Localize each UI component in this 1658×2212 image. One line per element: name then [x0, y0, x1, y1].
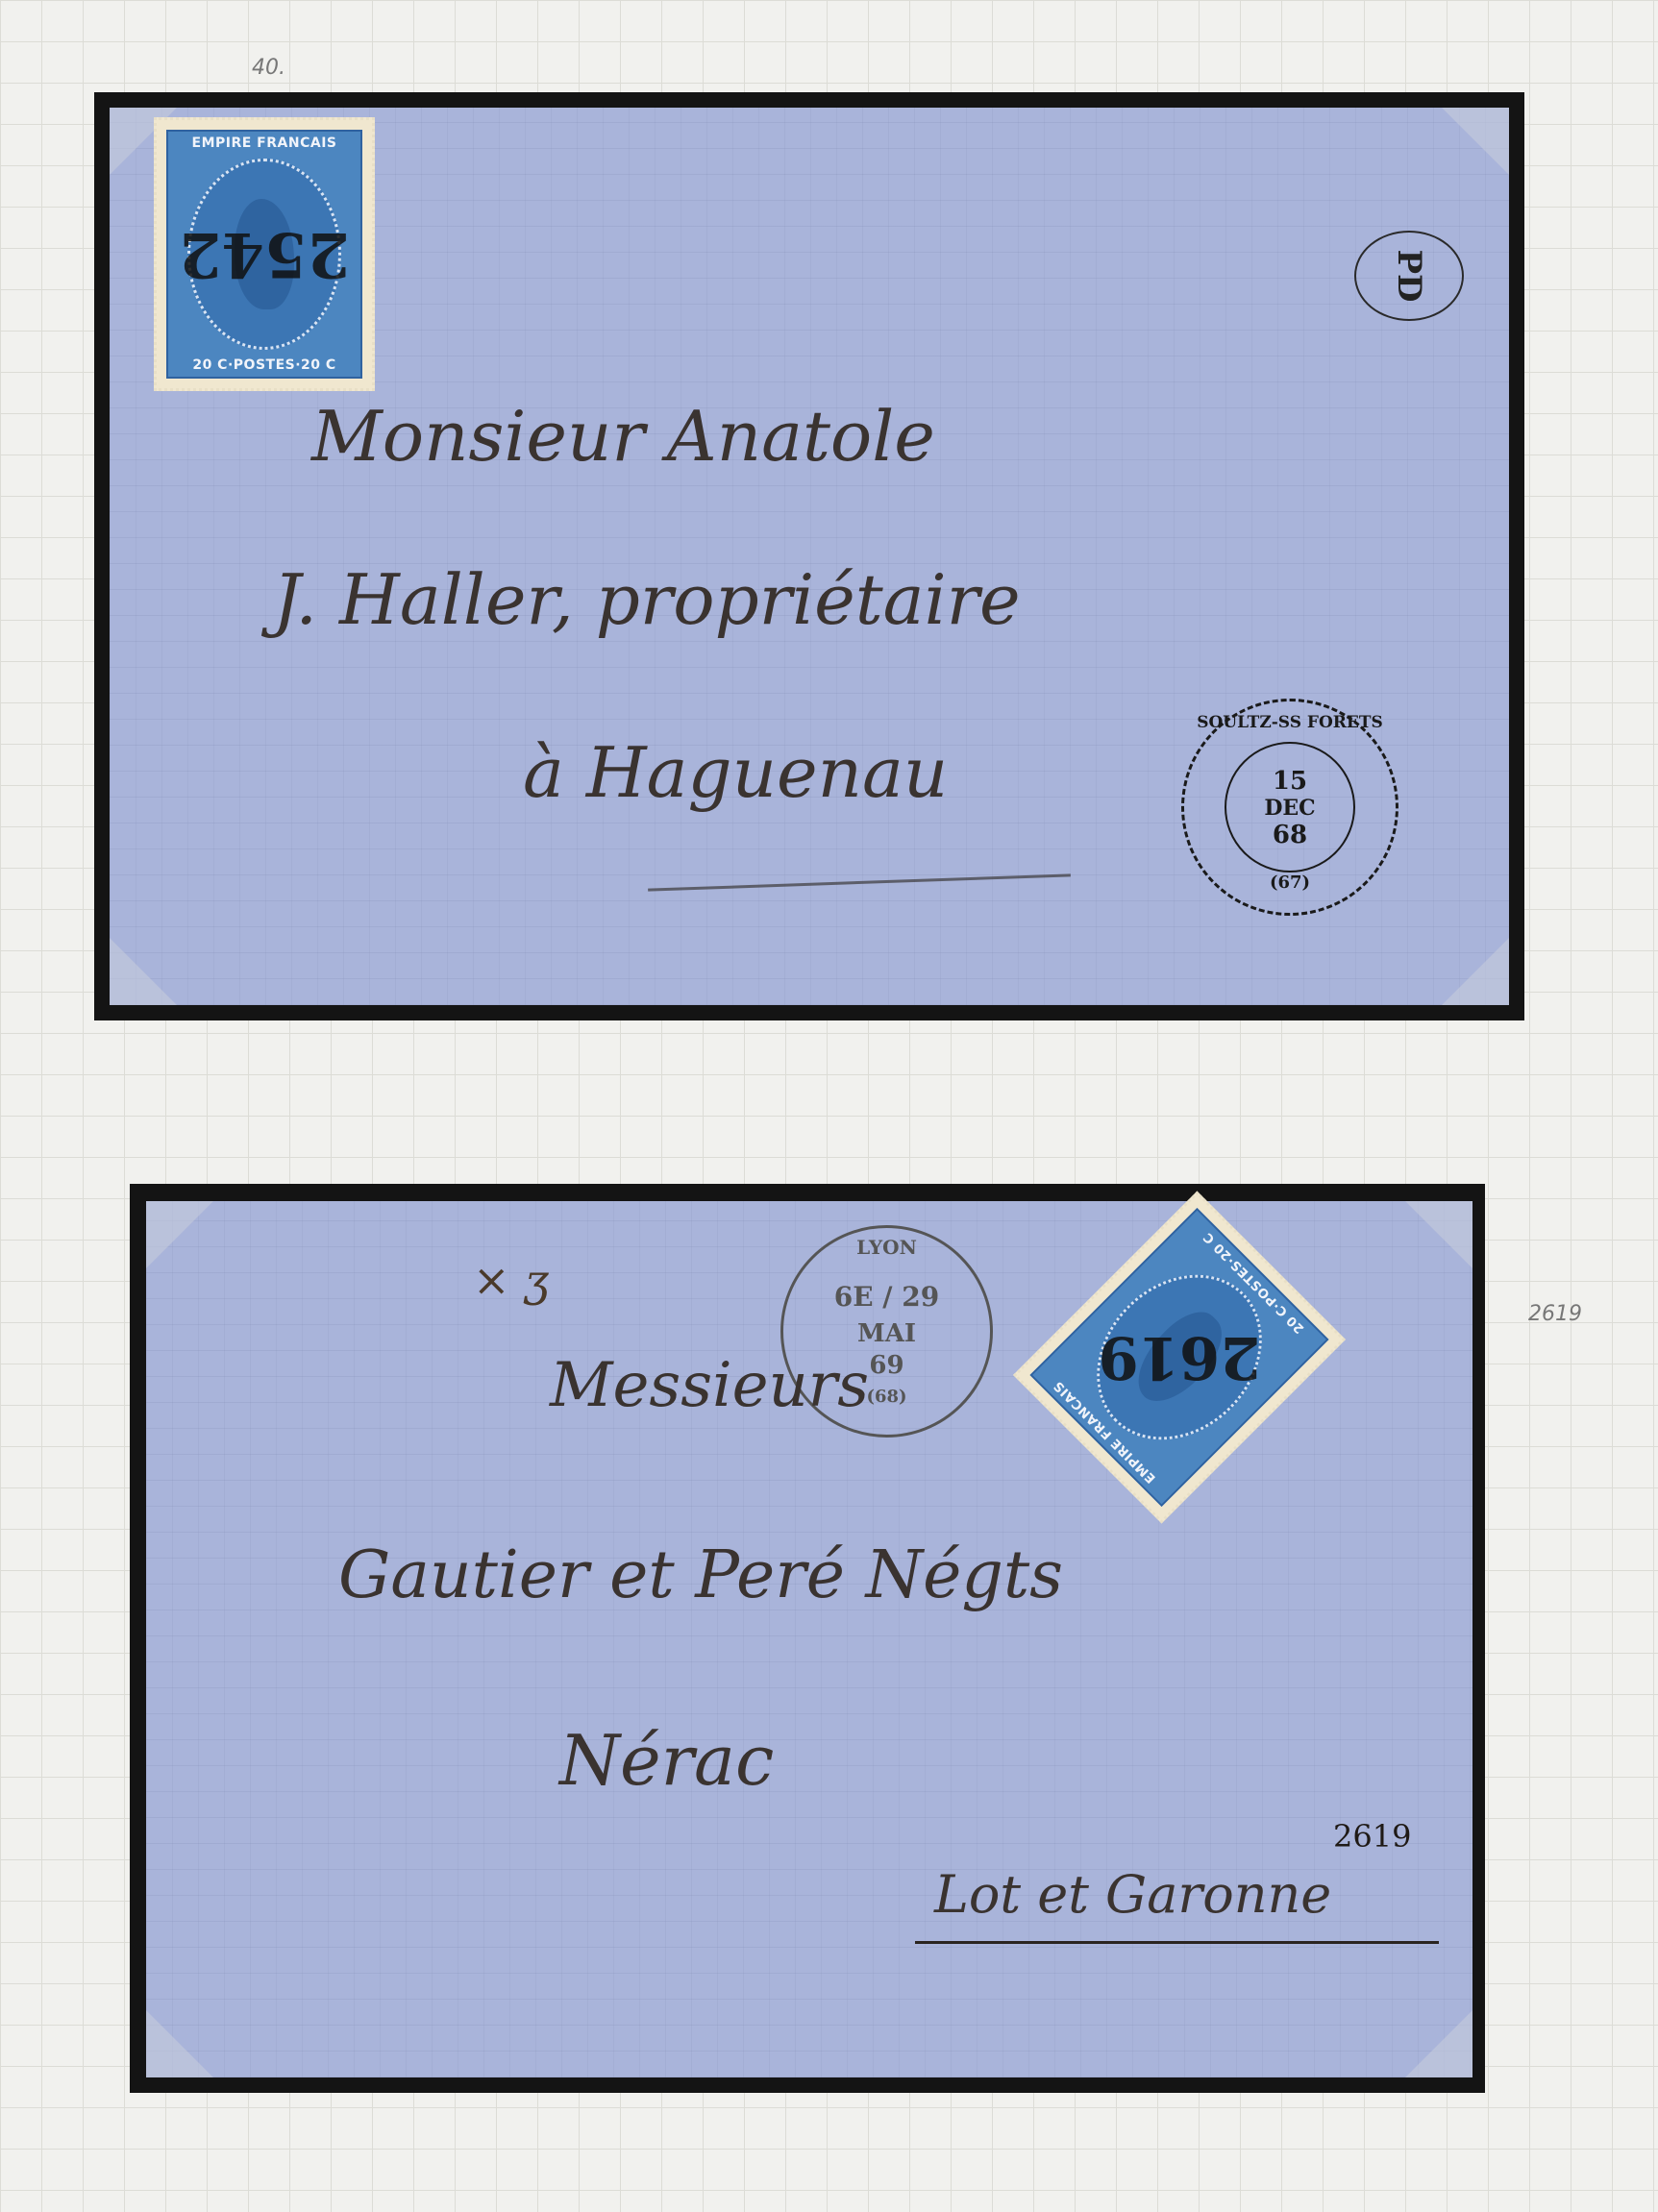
address-line-1: Messieurs — [550, 1350, 869, 1421]
pd-oval-mark: PD — [1354, 231, 1464, 321]
cover-1-stamp: EMPIRE FRANCAIS 20 C·POSTES·20 C 2542 — [154, 117, 375, 391]
address-line-2: J. Haller, propriétaire — [273, 559, 1021, 640]
soultz-postmark: SOULTZ-SS FORETS 15 DEC 68 (67) — [1181, 699, 1398, 916]
manuscript-tax-marks: × ʒ — [473, 1254, 549, 1306]
address-line-1: Monsieur Anatole — [311, 396, 935, 477]
address-line-3: à Haguenau — [523, 732, 948, 813]
address-line-4: Lot et Garonne — [934, 1864, 1331, 1925]
address-line-2: Gautier et Peré Négts — [338, 1537, 1063, 1613]
cover-2-stamp: EMPIRE FRANCAIS 20 C·POSTES·20 C 2619 — [1013, 1192, 1346, 1524]
page-number-note: 40. — [252, 56, 285, 80]
gc-cancel-numeral: 2542 — [168, 132, 360, 377]
gc-cancel-numeral: 2619 — [1088, 1241, 1271, 1473]
flourish — [648, 873, 1071, 891]
cover-1: EMPIRE FRANCAIS 20 C·POSTES·20 C 2542 PD… — [110, 108, 1509, 1005]
address-line-3: Nérac — [559, 1720, 774, 1801]
annotation-number: 2619 — [1333, 1818, 1411, 1855]
address-underline — [915, 1941, 1439, 1944]
side-pencil-note: 2619 — [1528, 1302, 1582, 1326]
cover-2: × ʒ LYON 6E / 29 MAI 69 (68) EMPIRE FRAN… — [146, 1201, 1472, 2077]
